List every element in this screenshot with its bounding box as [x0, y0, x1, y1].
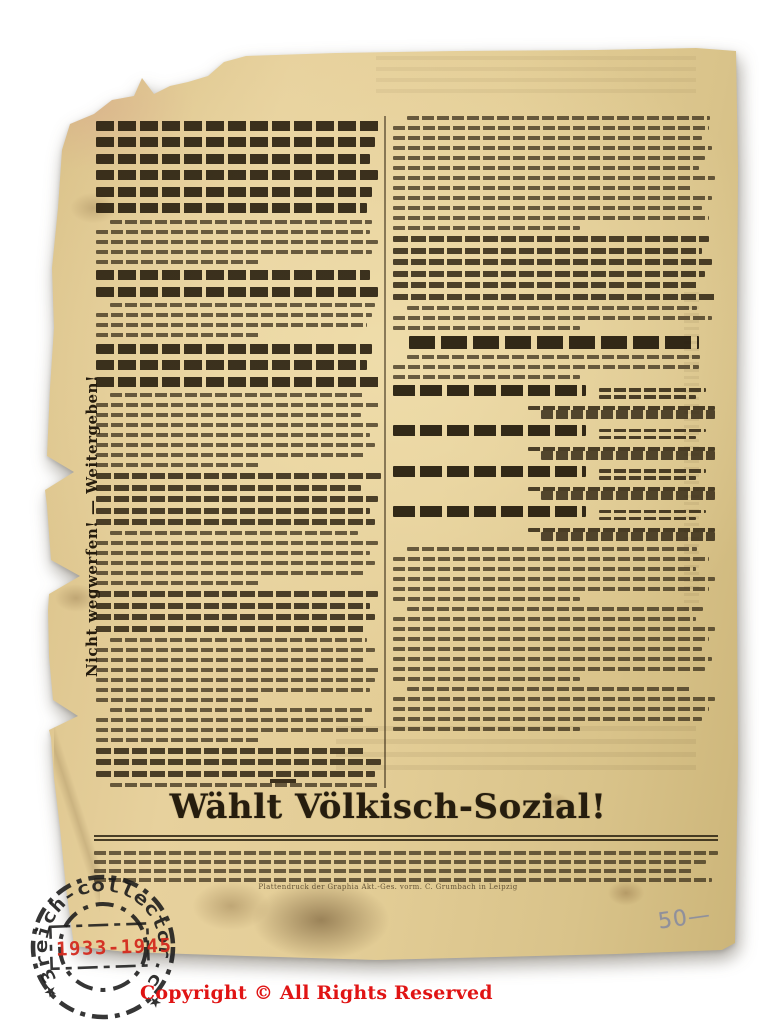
greeked-text-line	[110, 393, 364, 397]
greeked-text-line	[96, 463, 261, 467]
scan-background: Nicht wegwerfen! — Weitergeben! Wählt Vö…	[0, 0, 759, 1024]
redacted-paragraph	[393, 687, 715, 731]
greeked-text-line	[96, 230, 370, 234]
svg-text:3reich-collector.com: 3reich-collector.com	[32, 876, 174, 991]
redacted-paragraph	[393, 385, 715, 420]
greeked-text-line	[393, 294, 715, 300]
greeked-text-line	[393, 727, 580, 731]
redacted-paragraph	[393, 547, 715, 601]
greeked-text-line	[96, 187, 372, 197]
left-text-column	[96, 114, 381, 790]
greeked-text-line	[96, 423, 378, 427]
greeked-text-line	[393, 567, 696, 571]
leaflet-page: Nicht wegwerfen! — Weitergeben! Wählt Vö…	[36, 38, 740, 962]
redacted-paragraph	[393, 425, 715, 460]
greeked-text-line	[393, 717, 702, 721]
greeked-text-line	[110, 783, 378, 787]
greeked-text-line	[96, 698, 261, 702]
right-text-column	[393, 110, 715, 790]
greeked-text-line	[393, 186, 692, 190]
greeked-text-line	[407, 687, 690, 691]
greeked-text-line	[393, 365, 699, 369]
greeked-text-line	[96, 508, 370, 514]
redacted-paragraph	[393, 607, 715, 681]
greeked-text-line	[110, 531, 358, 535]
redacted-paragraph	[393, 116, 715, 230]
print-bleedthrough	[376, 56, 696, 100]
greeked-text-line	[96, 473, 381, 479]
greeked-text-line	[541, 491, 715, 500]
greeked-text-line	[393, 236, 709, 242]
greeked-text-line	[393, 597, 580, 601]
greeked-text-line	[393, 259, 712, 265]
greeked-text-line	[393, 657, 712, 661]
greeked-text-line	[96, 433, 370, 437]
greeked-text-line	[96, 571, 364, 575]
greeked-text-line	[393, 425, 586, 436]
redacted-paragraph	[96, 748, 381, 777]
greeked-text-line	[407, 547, 697, 551]
redacted-paragraph	[393, 466, 715, 501]
redacted-paragraph	[96, 121, 381, 214]
greeked-text-line	[393, 506, 586, 517]
greeked-text-line	[393, 587, 709, 591]
greeked-text-line	[96, 668, 381, 672]
greeked-text-line	[393, 617, 696, 621]
greeked-text-line	[407, 607, 703, 611]
greeked-text-line	[96, 413, 361, 417]
redacted-paragraph	[96, 531, 381, 585]
greeked-text-line	[393, 156, 705, 160]
greeked-text-line	[96, 333, 261, 337]
redacted-paragraph	[393, 306, 715, 330]
greeked-text-line	[599, 436, 696, 440]
greeked-text-line	[541, 451, 715, 460]
greeked-text-line	[94, 878, 712, 883]
greeked-text-line	[393, 248, 702, 254]
double-rule	[94, 835, 718, 841]
greeked-text-line	[96, 728, 381, 732]
stamp-date-text: 1933-1945	[56, 935, 173, 961]
greeked-text-line	[94, 860, 706, 865]
greeked-text-line	[94, 851, 718, 856]
redacted-paragraph	[393, 336, 715, 349]
redacted-paragraph	[393, 355, 715, 379]
greeked-text-line	[393, 667, 705, 671]
greeked-text-line	[96, 170, 378, 180]
greeked-text-line	[96, 270, 370, 280]
greeked-text-line	[393, 166, 699, 170]
greeked-text-line	[96, 250, 372, 254]
greeked-text-line	[393, 385, 586, 396]
greeked-text-line	[96, 260, 261, 264]
leaflet-page-wrapper: Nicht wegwerfen! — Weitergeben! Wählt Vö…	[36, 38, 740, 962]
greeked-text-line	[96, 658, 364, 662]
greeked-text-line	[96, 323, 367, 327]
greeked-text-line	[96, 443, 375, 447]
greeked-text-line	[393, 206, 702, 210]
greeked-text-line	[96, 688, 370, 692]
greeked-text-line	[541, 532, 715, 541]
greeked-text-line	[96, 360, 367, 370]
redacted-paragraph	[393, 506, 715, 541]
greeked-text-line	[96, 771, 375, 777]
greeked-text-line	[110, 708, 372, 712]
greeked-text-line	[393, 316, 712, 320]
column-divider-rule	[384, 116, 386, 788]
greeked-text-line	[96, 403, 381, 407]
margin-distribution-note: Nicht wegwerfen! — Weitergeben!	[83, 371, 103, 681]
greeked-text-line	[393, 577, 715, 581]
headline-divider-dash	[270, 779, 296, 783]
greeked-text-line	[393, 627, 715, 631]
redacted-paragraph	[393, 236, 715, 300]
greeked-text-line	[393, 647, 702, 651]
greeked-text-line	[393, 216, 709, 220]
imprint-block	[94, 846, 718, 888]
greeked-text-line	[407, 116, 710, 120]
greeked-text-line	[599, 510, 706, 514]
greeked-text-line	[96, 453, 364, 457]
greeked-text-line	[96, 137, 375, 147]
greeked-text-line	[393, 697, 715, 701]
greeked-text-line	[599, 476, 696, 480]
redacted-paragraph	[96, 638, 381, 702]
greeked-text-line	[110, 303, 375, 307]
greeked-text-line	[96, 519, 375, 525]
greeked-text-line	[96, 648, 375, 652]
greeked-text-line	[96, 603, 370, 609]
greeked-text-line	[541, 410, 715, 419]
greeked-text-line	[96, 738, 261, 742]
greeked-text-line	[96, 121, 381, 131]
greeked-text-line	[96, 344, 372, 354]
redacted-paragraph	[96, 220, 381, 264]
greeked-text-line	[393, 466, 586, 477]
greeked-text-line	[393, 326, 580, 330]
greeked-text-line	[96, 759, 381, 765]
greeked-text-line	[393, 375, 580, 379]
greeked-text-line	[96, 561, 375, 565]
greeked-text-line	[393, 271, 705, 277]
greeked-text-line	[393, 637, 709, 641]
greeked-text-line	[393, 226, 580, 230]
redacted-paragraph	[96, 393, 381, 467]
greeked-text-line	[599, 395, 696, 399]
greeked-text-line	[393, 677, 580, 681]
greeked-text-line	[599, 429, 706, 433]
redacted-paragraph	[96, 473, 381, 525]
greeked-text-line	[393, 176, 715, 180]
greeked-text-line	[96, 203, 367, 213]
greeked-text-line	[393, 282, 699, 288]
redacted-paragraph	[96, 303, 381, 337]
greeked-text-line	[96, 240, 378, 244]
greeked-text-line	[599, 517, 696, 521]
redacted-paragraph	[96, 591, 381, 632]
copyright-overlay-text: Copyright © All Rights Reserved	[140, 982, 493, 1004]
greeked-text-line	[393, 707, 709, 711]
greeked-text-line	[409, 336, 699, 349]
greeked-text-line	[96, 377, 381, 387]
greeked-text-line	[110, 638, 367, 642]
greeked-text-line	[96, 678, 375, 682]
greeked-text-line	[96, 591, 378, 597]
greeked-text-line	[599, 469, 706, 473]
greeked-text-line	[96, 541, 378, 545]
greeked-text-line	[393, 136, 702, 140]
headline: Wählt Völkisch-Sozial!	[36, 787, 740, 827]
greeked-text-line	[96, 614, 375, 620]
greeked-text-line	[407, 306, 697, 310]
redacted-paragraph	[96, 344, 381, 387]
greeked-text-line	[96, 626, 364, 632]
greeked-text-line	[599, 388, 706, 392]
greeked-text-line	[96, 581, 261, 585]
redacted-paragraph	[96, 270, 381, 297]
greeked-text-line	[110, 220, 372, 224]
redacted-paragraph	[96, 708, 381, 742]
redacted-paragraph	[94, 851, 718, 883]
greeked-text-line	[96, 551, 370, 555]
greeked-text-line	[393, 557, 709, 561]
greeked-text-line	[393, 126, 709, 130]
greeked-text-line	[96, 154, 370, 164]
greeked-text-line	[96, 313, 372, 317]
greeked-text-line	[96, 718, 364, 722]
greeked-text-line	[96, 287, 378, 297]
greeked-text-line	[96, 748, 364, 754]
greeked-text-line	[96, 485, 361, 491]
greeked-text-line	[528, 528, 715, 532]
greeked-text-line	[96, 496, 378, 502]
greeked-text-line	[407, 355, 700, 359]
stamp-ring-text: 3reich-collector.com	[32, 876, 174, 991]
greeked-text-line	[393, 196, 712, 200]
greeked-text-line	[528, 447, 715, 451]
greeked-text-line	[393, 146, 712, 150]
